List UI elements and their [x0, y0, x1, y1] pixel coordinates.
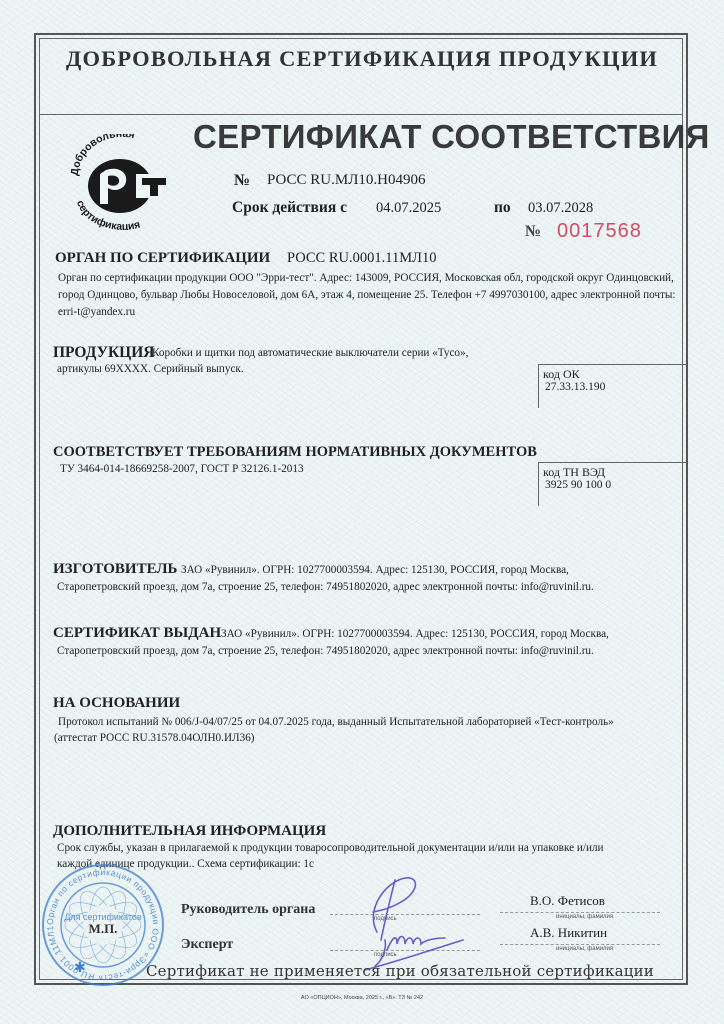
product-line-1: Коробки и щитки под автоматические выклю…	[152, 345, 468, 362]
basis-line-1: Протокол испытаний № 006/J-04/07/25 от 0…	[58, 714, 614, 731]
issued-to-line-1: ЗАО «Рувинил». ОГРН: 1027700003594. Адре…	[221, 626, 609, 643]
compliance-heading: СООТВЕТСТВУЕТ ТРЕБОВАНИЯМ НОРМАТИВНЫХ ДО…	[53, 444, 537, 461]
certificate-title: СЕРТИФИКАТ СООТВЕТСТВИЯ	[193, 118, 710, 156]
svg-text:✱: ✱	[74, 960, 86, 976]
rst-mark-icon: Добровольная сертификация	[66, 134, 178, 230]
product-line-2: артикулы 69XXXX. Серийный выпуск.	[57, 361, 244, 378]
tnved-code-value: 3925 90 100 0	[543, 479, 686, 492]
handwritten-signature-icon	[335, 870, 485, 975]
head-name-line	[500, 912, 660, 913]
head-name: В.О. Фетисов	[530, 893, 605, 909]
head-of-body-label: Руководитель органа	[181, 902, 315, 918]
manufacturer-line-2: Старопетровский проезд, дом 7а, строение…	[57, 579, 594, 596]
certificate-number: РОСС RU.МЛ10.Н04906	[267, 172, 425, 189]
validity-to-label: по	[494, 199, 511, 217]
issued-to-heading: СЕРТИФИКАТ ВЫДАН	[53, 625, 221, 642]
validity-to: 03.07.2028	[528, 200, 593, 217]
ok-code-box: код ОК 27.33.13.190	[538, 364, 686, 408]
certification-body-heading: ОРГАН ПО СЕРТИФИКАЦИИ	[55, 250, 270, 267]
validity-label: Срок действия с	[232, 199, 347, 217]
basis-line-2: (аттестат РОСС RU.31578.04ОЛН0.ИЛ36)	[54, 730, 255, 747]
expert-name: А.В. Никитин	[530, 925, 607, 941]
footer-note: Сертификат не применяется при обязательн…	[146, 962, 654, 980]
blank-serial-number: 0017568	[557, 220, 642, 243]
manufacturer-line-1: ЗАО «Рувинил». ОГРН: 1027700003594. Адре…	[181, 562, 569, 579]
certificate-number-label: №	[234, 172, 250, 190]
document-header: ДОБРОВОЛЬНАЯ СЕРТИФИКАЦИЯ ПРОДУКЦИИ	[0, 46, 724, 72]
additional-info-line-1: Срок службы, указан в прилагаемой к прод…	[57, 840, 604, 857]
stamp-place-label: М.П.	[89, 921, 118, 936]
manufacturer-heading: ИЗГОТОВИТЕЛЬ	[53, 561, 177, 578]
basis-heading: НА ОСНОВАНИИ	[53, 695, 180, 712]
issued-to-line-2: Старопетровский проезд, дом 7а, строение…	[57, 643, 594, 660]
tnved-code-label: код ТН ВЭД	[543, 466, 686, 479]
product-heading: ПРОДУКЦИЯ	[53, 344, 155, 362]
head-name-caption: инициалы, фамилия	[556, 914, 613, 920]
ok-code-label: код ОК	[543, 368, 686, 381]
certification-body-code: РОСС RU.0001.11МЛ10	[287, 250, 436, 267]
validity-from: 04.07.2025	[376, 200, 441, 217]
compliance-documents: ТУ 3464-014-18669258-2007, ГОСТ Р 32126.…	[60, 461, 304, 478]
printer-imprint: АО «ОПЦИОН», Москва, 2025 г., «В». ТЗ № …	[0, 995, 724, 1001]
blank-number-symbol: №	[525, 223, 541, 241]
header-divider	[39, 114, 683, 115]
certification-body-text: Орган по сертификации продукции ООО "Эрр…	[58, 270, 678, 321]
expert-name-caption: инициалы, фамилия	[556, 946, 613, 952]
additional-info-heading: ДОПОЛНИТЕЛЬНАЯ ИНФОРМАЦИЯ	[53, 823, 326, 840]
expert-label: Эксперт	[181, 937, 233, 953]
tnved-code-box: код ТН ВЭД 3925 90 100 0	[538, 462, 686, 506]
expert-name-line	[500, 944, 660, 945]
ok-code-value: 27.33.13.190	[543, 381, 686, 394]
